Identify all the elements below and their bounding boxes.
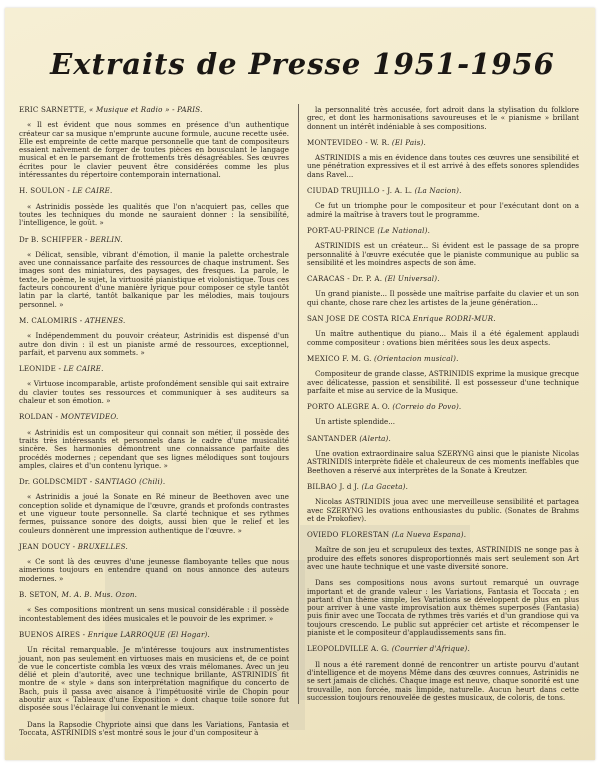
press-excerpt: la personnalité très accusée, fort adroi… <box>307 106 579 131</box>
source-name: M. CALOMIRIS <box>19 316 77 325</box>
excerpt-source: CARACAS - Dr. P. A. (El Universal). <box>307 275 579 283</box>
press-excerpt: MONTEVIDEO - W. R. (El Pais).ASTRINIDIS … <box>307 139 579 179</box>
excerpt-quote: Maître de son jeu et scrupuleux des text… <box>307 546 579 571</box>
excerpt-source: PORTO ALEGRE A. O. (Correio do Povo). <box>307 403 579 411</box>
source-name: LEONIDE <box>19 364 56 373</box>
excerpt-source: SANTANDER (Alerta). <box>307 435 579 443</box>
excerpt-quote: « Indépendemment du pouvoir créateur, As… <box>19 332 289 357</box>
source-name: SAN JOSE DE COSTA RICA <box>307 314 410 323</box>
excerpt-quote: Dans la Rapsodie Chypriote ainsi que dan… <box>19 721 289 738</box>
excerpt-source: MEXICO F. M. G. (Orientacion musical). <box>307 355 579 363</box>
excerpt-source: ERIC SARNETTE, « Musique et Radio » - PA… <box>19 106 289 114</box>
excerpt-source: BUENOS AIRES - Enrique LARROQUE (El Hoga… <box>19 631 289 639</box>
page-title: Extraits de Presse 1951-1956 <box>0 47 605 81</box>
excerpt-source: Dr B. SCHIFFER - BERLIN. <box>19 236 289 244</box>
press-excerpt: SAN JOSE DE COSTA RICA Enrique RODRI-MUR… <box>307 315 579 347</box>
excerpt-source: OVIEDO FLORESTAN (La Nueva Espana). <box>307 531 579 539</box>
excerpt-source: JEAN DOUCY - BRUXELLES. <box>19 543 289 551</box>
source-detail: (El Pais). <box>389 138 426 147</box>
source-name: PORTO ALEGRE A. O. <box>307 402 390 411</box>
excerpt-quote: « Ce sont là des œuvres d'une jeunesse f… <box>19 558 289 583</box>
excerpt-quote: « Astrinidis a joué la Sonate en Ré mine… <box>19 493 289 534</box>
press-excerpt: M. CALOMIRIS - ATHENES.« Indépendemment … <box>19 317 289 357</box>
source-name: PORT-AU-PRINCE <box>307 226 375 235</box>
source-detail: - SANTIAGO (Chili). <box>87 477 165 486</box>
press-excerpt: Dr B. SCHIFFER - BERLIN.« Délicat, sensi… <box>19 236 289 309</box>
excerpt-quote: Un maître authentique du piano... Mais i… <box>307 330 579 347</box>
press-excerpt: LEONIDE - LE CAIRE.« Virtuose incomparab… <box>19 365 289 405</box>
source-name: H. SOULON <box>19 186 65 195</box>
press-excerpt: PORTO ALEGRE A. O. (Correio do Povo).Un … <box>307 403 579 427</box>
press-excerpt: ERIC SARNETTE, « Musique et Radio » - PA… <box>19 106 289 179</box>
excerpt-quote: Ce fut un triomphe pour le compositeur e… <box>307 202 579 219</box>
excerpt-quote: « Virtuose incomparable, artiste profond… <box>19 380 289 405</box>
excerpt-quote: Un artiste splendide... <box>307 418 579 426</box>
column-divider <box>298 104 299 704</box>
left-column: ERIC SARNETTE, « Musique et Radio » - PA… <box>19 106 289 745</box>
press-excerpt: BUENOS AIRES - Enrique LARROQUE (El Hoga… <box>19 631 289 737</box>
excerpt-source: CIUDAD TRUJILLO - J. A. L. (La Nacion). <box>307 187 579 195</box>
excerpt-quote: la personnalité très accusée, fort adroi… <box>307 106 579 131</box>
source-detail: (La Gaceta). <box>359 482 408 491</box>
excerpt-source: ROLDAN - MONTEVIDEO. <box>19 413 289 421</box>
press-excerpt: H. SOULON - LE CAIRE.« Astrinidis possèd… <box>19 187 289 227</box>
press-excerpt: OVIEDO FLORESTAN (La Nueva Espana).Maîtr… <box>307 531 579 637</box>
source-detail: (Orientacion musical). <box>372 354 459 363</box>
excerpt-quote: ASTRINIDIS a mis en évidence dans toutes… <box>307 154 579 179</box>
source-name: OVIEDO FLORESTAN <box>307 530 389 539</box>
source-name: CIUDAD TRUJILLO - J. A. L. <box>307 186 412 195</box>
source-detail: M. A. B. Mus. Ozon. <box>59 590 137 599</box>
source-detail: - BRUXELLES. <box>70 542 128 551</box>
source-detail: (La Nacion). <box>412 186 461 195</box>
excerpt-source: MONTEVIDEO - W. R. (El Pais). <box>307 139 579 147</box>
source-name: Dr. GOLDSCMIDT <box>19 477 87 486</box>
excerpt-quote: Dans ses compositions nous avons surtout… <box>307 579 579 637</box>
source-name: MONTEVIDEO - W. R. <box>307 138 389 147</box>
press-excerpt: ROLDAN - MONTEVIDEO.« Astrinidis est un … <box>19 413 289 470</box>
excerpt-quote: ASTRINIDIS est un créateur... Si évident… <box>307 242 579 267</box>
source-detail: « Musique et Radio » - PARIS. <box>87 105 203 114</box>
source-detail: (Courrier d'Afrique). <box>389 644 470 653</box>
source-name: B. SETON, <box>19 590 59 599</box>
source-detail: (La Nueva Espana). <box>389 530 466 539</box>
excerpt-quote: Un récital remarquable. Je m'intéresse t… <box>19 646 289 712</box>
source-name: LEOPOLDVILLE A. G. <box>307 644 389 653</box>
source-detail: Enrique RODRI-MUR. <box>410 314 495 323</box>
press-excerpt: CIUDAD TRUJILLO - J. A. L. (La Nacion).C… <box>307 187 579 219</box>
source-name: MEXICO F. M. G. <box>307 354 372 363</box>
excerpt-quote: « Délicat, sensible, vibrant d'émotion, … <box>19 251 289 309</box>
source-name: ERIC SARNETTE, <box>19 105 87 114</box>
press-excerpt: JEAN DOUCY - BRUXELLES.« Ce sont là des … <box>19 543 289 583</box>
excerpt-source: B. SETON, M. A. B. Mus. Ozon. <box>19 591 289 599</box>
source-detail: - MONTEVIDEO. <box>53 412 118 421</box>
source-name: BILBAO J. d J. <box>307 482 359 491</box>
press-excerpt: BILBAO J. d J. (La Gaceta).Nicolas ASTRI… <box>307 483 579 523</box>
excerpt-quote: Nicolas ASTRINIDIS joua avec une merveil… <box>307 498 579 523</box>
excerpt-source: SAN JOSE DE COSTA RICA Enrique RODRI-MUR… <box>307 315 579 323</box>
right-column: la personnalité très accusée, fort adroi… <box>307 106 579 710</box>
excerpt-quote: « Astrinidis est un compositeur qui conn… <box>19 429 289 470</box>
source-name: Dr B. SCHIFFER <box>19 235 83 244</box>
source-name: ROLDAN <box>19 412 53 421</box>
press-excerpt: LEOPOLDVILLE A. G. (Courrier d'Afrique).… <box>307 645 579 702</box>
excerpt-quote: « Astrinidis possède les qualités que l'… <box>19 203 289 228</box>
excerpt-source: M. CALOMIRIS - ATHENES. <box>19 317 289 325</box>
source-name: SANTANDER <box>307 434 357 443</box>
excerpt-quote: « Ses compositions montrent un sens musi… <box>19 606 289 623</box>
source-detail: - LE CAIRE. <box>65 186 113 195</box>
press-excerpt: PORT-AU-PRINCE (Le National).ASTRINIDIS … <box>307 227 579 267</box>
excerpt-source: BILBAO J. d J. (La Gaceta). <box>307 483 579 491</box>
press-excerpt: MEXICO F. M. G. (Orientacion musical).Co… <box>307 355 579 395</box>
press-excerpt: CARACAS - Dr. P. A. (El Universal).Un gr… <box>307 275 579 307</box>
excerpt-source: Dr. GOLDSCMIDT - SANTIAGO (Chili). <box>19 478 289 486</box>
press-excerpt: Dr. GOLDSCMIDT - SANTIAGO (Chili).« Astr… <box>19 478 289 535</box>
excerpt-quote: Il nous a été rarement donné de rencontr… <box>307 661 579 702</box>
press-excerpt: SANTANDER (Alerta).Une ovation extraordi… <box>307 435 579 475</box>
source-detail: (Correio do Povo). <box>390 402 461 411</box>
excerpt-source: LEONIDE - LE CAIRE. <box>19 365 289 373</box>
excerpt-quote: « Il est évident que nous sommes en prés… <box>19 121 289 179</box>
source-name: BUENOS AIRES <box>19 630 80 639</box>
excerpt-source: H. SOULON - LE CAIRE. <box>19 187 289 195</box>
source-detail: - Enrique LARROQUE (El Hogar). <box>80 630 210 639</box>
excerpt-quote: Compositeur de grande classe, ASTRINIDIS… <box>307 370 579 395</box>
source-name: JEAN DOUCY <box>19 542 70 551</box>
source-name: CARACAS - Dr. P. A. <box>307 274 382 283</box>
source-detail: (Le National). <box>375 226 430 235</box>
excerpt-quote: Une ovation extraordinaire salua SZERYNG… <box>307 450 579 475</box>
source-detail: - BERLIN. <box>83 235 123 244</box>
excerpt-source: LEOPOLDVILLE A. G. (Courrier d'Afrique). <box>307 645 579 653</box>
excerpt-source: PORT-AU-PRINCE (Le National). <box>307 227 579 235</box>
source-detail: (Alerta). <box>357 434 391 443</box>
source-detail: (El Universal). <box>382 274 440 283</box>
press-excerpt: B. SETON, M. A. B. Mus. Ozon.« Ses compo… <box>19 591 289 623</box>
source-detail: - ATHENES. <box>77 316 125 325</box>
source-detail: - LE CAIRE. <box>56 364 104 373</box>
excerpt-quote: Un grand pianiste... Il possède une maît… <box>307 290 579 307</box>
